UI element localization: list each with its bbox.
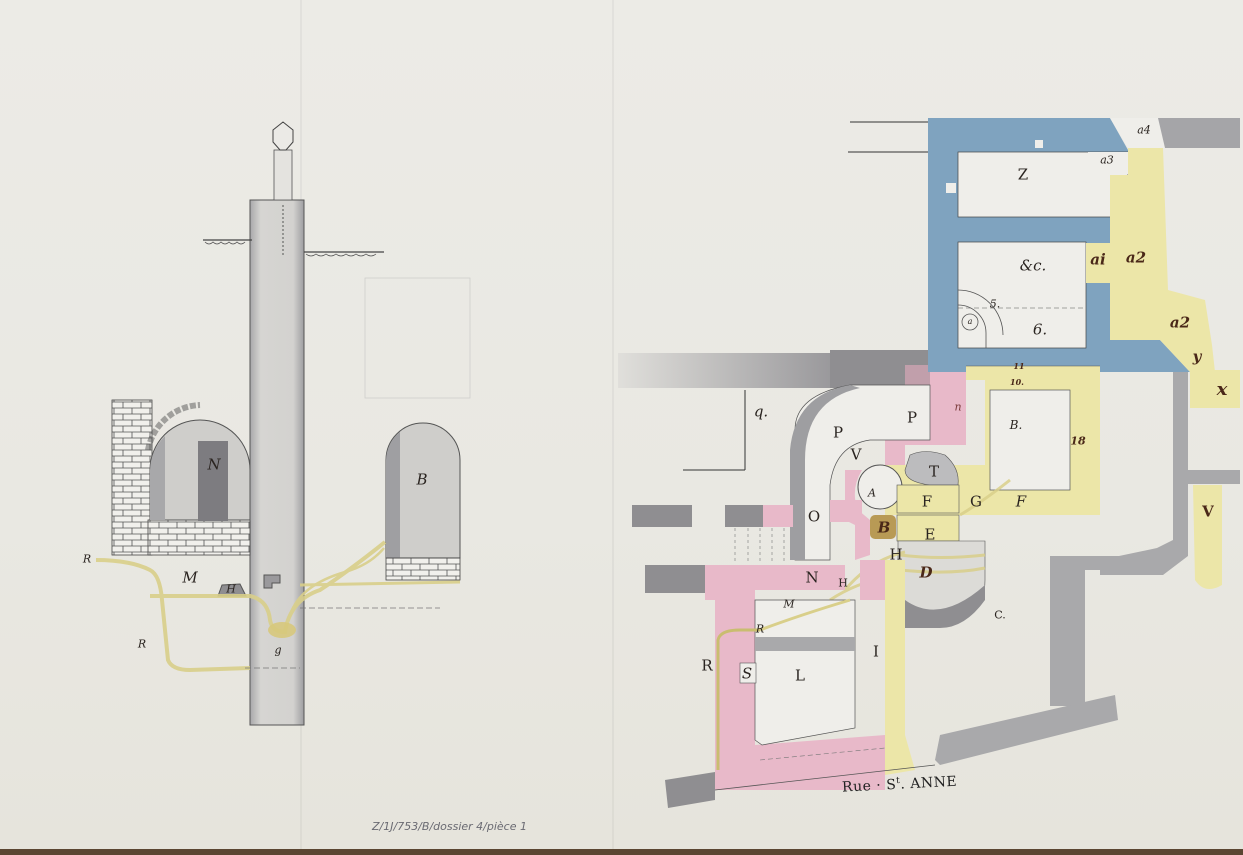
street-caption-prefix: Rue · S <box>842 777 897 796</box>
plan-label-b-room: B. <box>1010 419 1023 431</box>
plan-label-q: q. <box>754 405 768 420</box>
plan-label-m: M <box>783 599 794 610</box>
plan-label-a4: a4 <box>1137 125 1151 136</box>
plan-label-v-right: V <box>1202 505 1214 520</box>
plan-label-o: O <box>808 510 820 525</box>
drawing-canvas <box>0 0 1243 855</box>
plan-label-et: &c. <box>1020 259 1047 274</box>
plan-label-ten: 10. <box>1010 378 1024 386</box>
plan-label-g: G <box>970 495 982 510</box>
plan-label-a-small: a <box>968 318 973 326</box>
plan-label-n: N <box>805 571 818 586</box>
section-label-g: g <box>274 645 281 656</box>
plan-label-x: x <box>1217 381 1228 399</box>
plan-label-p-right: P <box>907 411 917 426</box>
plan-label-f-right: F <box>1016 495 1026 510</box>
plan-label-h-upper: H <box>889 548 902 563</box>
plan-label-a: A <box>868 488 876 499</box>
table-edge <box>0 849 1243 855</box>
plan-label-eleven: 11 <box>1013 362 1024 370</box>
plan-label-t: T <box>929 465 939 480</box>
plan-label-i: I <box>873 645 879 660</box>
plan-label-a2-upper: a2 <box>1126 251 1146 266</box>
plan-sheet: N B M H R R g Z a3 a4 ai a2 a2 &c. 5. 6.… <box>0 0 1243 855</box>
plan-label-z: Z <box>1018 168 1028 183</box>
section-label-r-top: R <box>83 554 91 565</box>
section-view <box>96 122 470 725</box>
archive-mark: Z/1J/753/B/dossier 4/pièce 1 <box>372 820 527 833</box>
plan-label-p-left: P <box>833 426 843 441</box>
plan-label-s: S <box>742 667 752 682</box>
plan-label-ai: ai <box>1090 253 1105 268</box>
plan-label-h-small: H <box>838 578 848 589</box>
plan-label-v: V <box>851 448 862 463</box>
plan-label-d: D <box>919 566 932 581</box>
plan-label-f-left: F <box>922 495 932 510</box>
plan-label-a3: a3 <box>1100 155 1114 166</box>
plan-label-five: 5. <box>990 299 1001 310</box>
street-caption-suffix: . ANNE <box>900 774 957 793</box>
plan-label-l: L <box>795 669 805 684</box>
section-label-h: H <box>226 584 236 595</box>
plan-label-b-stain: B <box>878 521 891 536</box>
plan-label-y: y <box>1193 350 1202 365</box>
plan-label-six: 6. <box>1033 323 1047 338</box>
plan-label-c: C. <box>994 610 1006 621</box>
plan-label-n-small: n <box>954 402 961 413</box>
section-label-r-bottom: R <box>138 639 146 650</box>
plan-label-a2-lower: a2 <box>1170 316 1190 331</box>
section-label-b: B <box>416 473 427 488</box>
section-label-n: N <box>207 458 220 473</box>
plan-label-e: E <box>925 528 936 543</box>
section-label-m: M <box>182 571 197 586</box>
plan-label-r: R <box>701 659 712 674</box>
plan-label-r-small: R <box>756 624 764 635</box>
plan-label-eighteen: 18 <box>1070 436 1085 447</box>
